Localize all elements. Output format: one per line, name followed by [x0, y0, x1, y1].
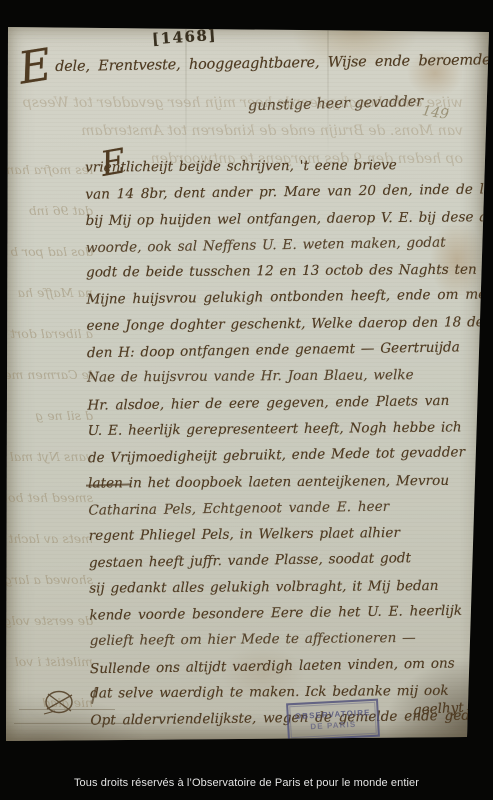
- manuscript-line: van 14 8br, dent ander pr. Mare van 20 d…: [85, 177, 481, 208]
- bleedthrough-line: dat 96 inb: [0, 190, 93, 231]
- manuscript-line: laten in het doopboek laeten aenteijkene…: [88, 467, 484, 496]
- manuscript-line: de Vrijmoedigheijt gebruikt, ende Mede t…: [88, 439, 484, 472]
- bleedthrough-line: les mofra hand: [0, 149, 93, 190]
- bleedthrough-margin: les mofra handdat 96 inbdos lad por bna …: [0, 149, 93, 725]
- bleedthrough-line: van Mons. de Bruijn ende de kinderen tot…: [11, 117, 463, 145]
- manuscript-line: Catharina Pels, Echtgenoot vande E. heer: [88, 492, 484, 523]
- bleedthrough-line: le Carmen met: [0, 354, 93, 395]
- scan-root: { "photo": { "ink_color": "#4f3b22", "pa…: [0, 0, 493, 800]
- bleedthrough-line: vans Nyt mal: [0, 436, 93, 477]
- bleedthrough-line: miletist i vol: [0, 641, 93, 682]
- manuscript-page: wijse ende hooghgeleerde heer mijn heer …: [5, 25, 490, 743]
- bleedthrough-line: d sil ne g: [0, 395, 93, 436]
- manuscript-photo: wijse ende hooghgeleerde heer mijn heer …: [0, 0, 493, 800]
- bleedthrough-line: na Maffe ha: [0, 272, 93, 313]
- archival-number: [1468]: [151, 26, 217, 48]
- salutation-text: dele, Erentveste, hooggeaghtbaere, Wijse…: [55, 52, 493, 76]
- bleedthrough-line: dos lad por b: [0, 231, 93, 272]
- ruled-line: [19, 709, 115, 710]
- observatoire-stamp: OBSERVATOIRE DE PARIS: [286, 699, 380, 742]
- bleedthrough-line: mets av lacht: [0, 518, 93, 559]
- bleedthrough-line: smeed het bonne: [0, 477, 93, 518]
- bleedthrough-line: a liberal dort: [0, 313, 93, 354]
- bleedthrough-line: de eerste volg: [0, 600, 93, 641]
- salutation-line: Edele, Erentveste, hooggeaghtbaere, Wijs…: [19, 45, 481, 82]
- catchword: geelhyt: [413, 700, 464, 719]
- manuscript-line: sij gedankt alles gelukigh volbraght, it…: [89, 572, 485, 601]
- ornate-initial: E: [17, 50, 53, 85]
- manuscript-line: Nae de huijsvrou vande Hr. Joan Blaeu, w…: [87, 362, 483, 391]
- letter-body: vrientlicheijt beijde schrijven, 't eene…: [85, 151, 487, 733]
- manuscript-line: Hr. alsdoe, hier de eere gegeven, ende P…: [87, 387, 483, 418]
- copyright-caption: Tous droits réservés à l’Observatoire de…: [0, 777, 493, 789]
- bleedthrough-line: showed a largel: [0, 559, 93, 600]
- circled-cross-annotation: [43, 688, 79, 718]
- ruled-line: [14, 723, 142, 724]
